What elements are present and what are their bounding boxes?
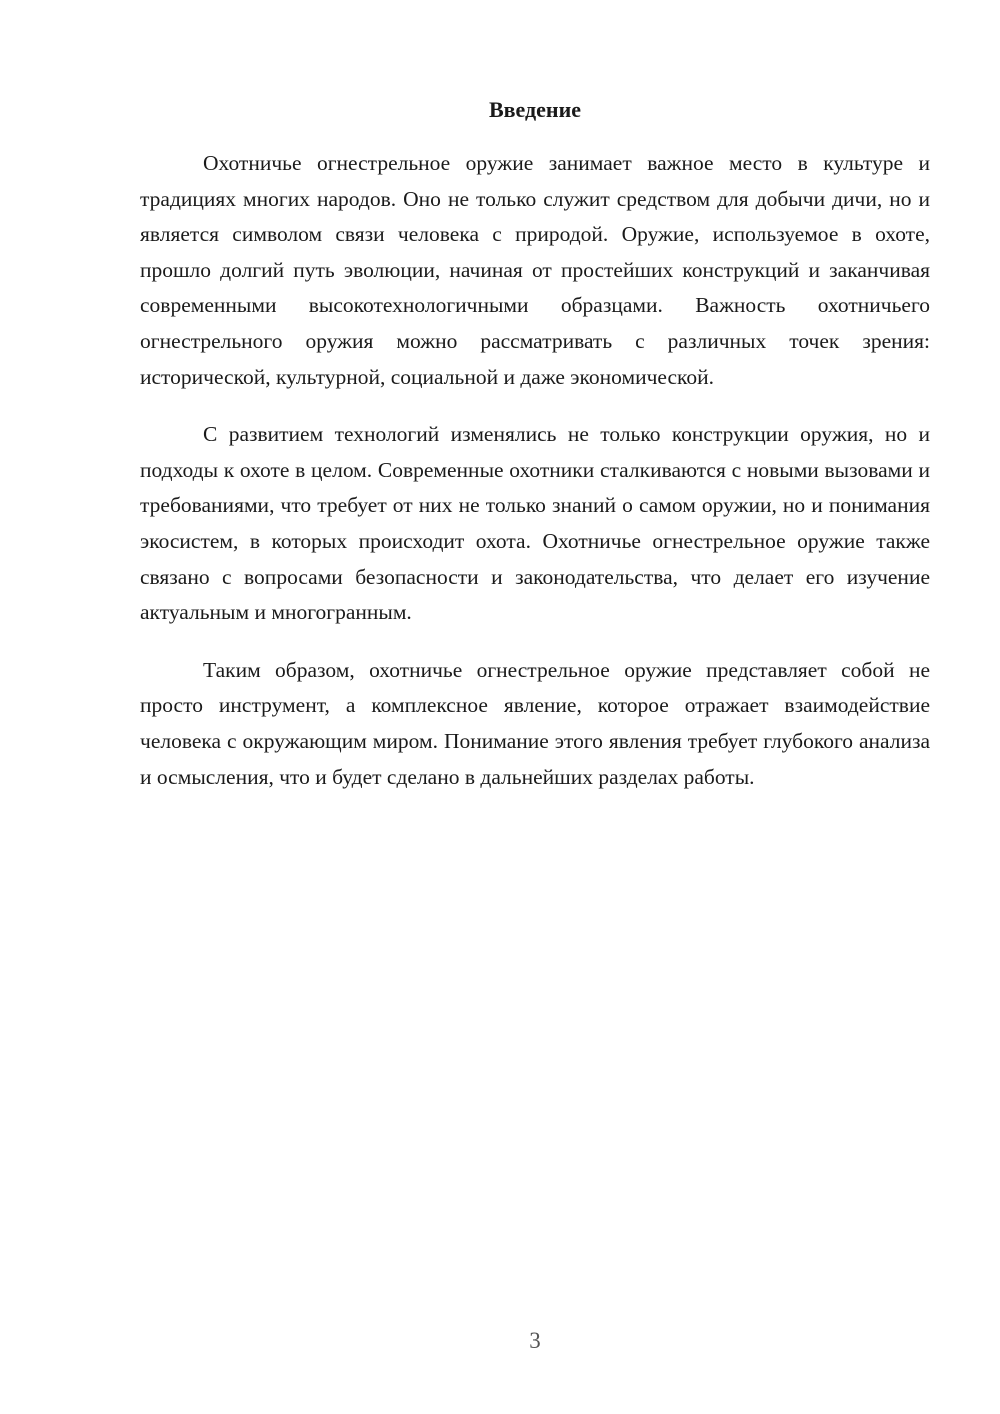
page-number: 3 [140, 1326, 930, 1356]
section-title: Введение [140, 92, 930, 128]
paragraph-1: Охотничье огнестрельное оружие занимает … [140, 146, 930, 395]
paragraph-2: С развитием технологий изменялись не тол… [140, 417, 930, 631]
document-page: Введение Охотничье огнестрельное оружие … [0, 0, 1000, 1414]
paragraph-3: Таким образом, охотничье огнестрельное о… [140, 653, 930, 795]
